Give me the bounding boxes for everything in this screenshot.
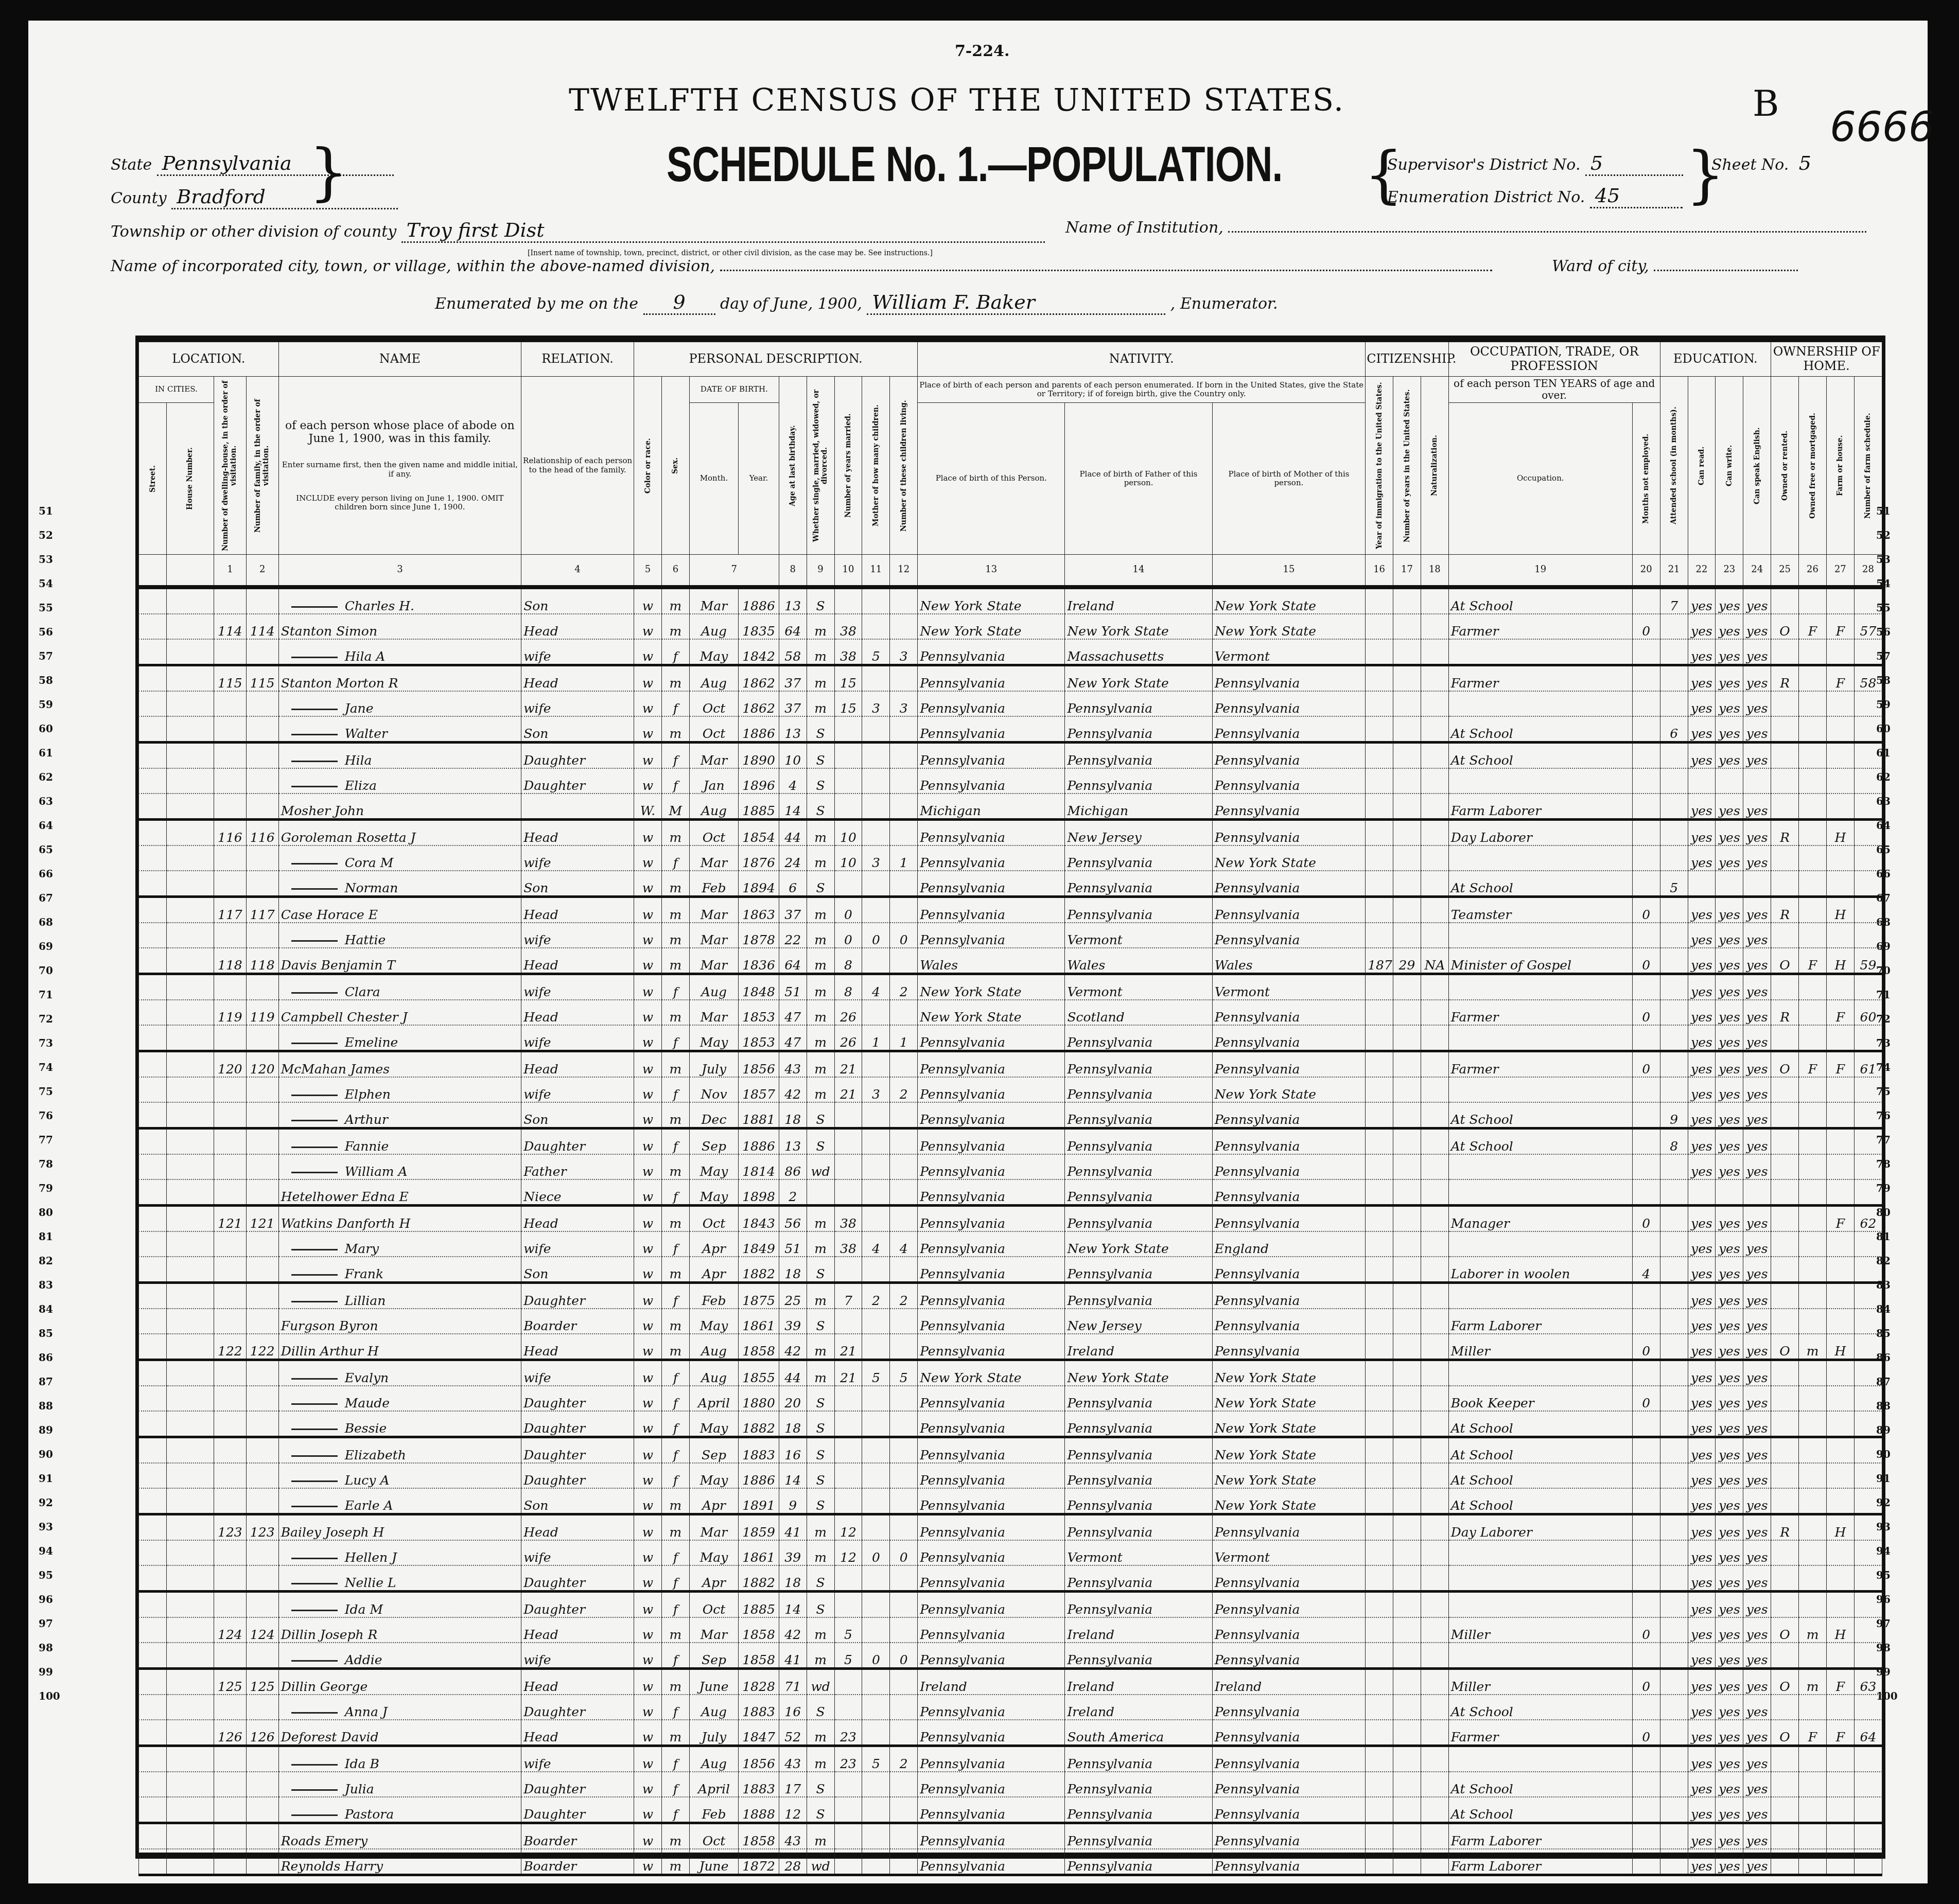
cl-cell: [890, 1488, 918, 1514]
bm-cell: New York State: [1212, 614, 1366, 639]
nat-cell: [1421, 974, 1448, 1000]
age-cell: 86: [779, 1154, 807, 1179]
mo-cell: [862, 1257, 890, 1283]
age-cell: 17: [779, 1772, 807, 1797]
month-cell: May: [689, 1179, 738, 1206]
month-cell: Feb: [689, 1283, 738, 1309]
fm-cell: [1799, 845, 1827, 871]
own-cell: O: [1771, 1334, 1799, 1360]
color-cell: w: [634, 1411, 662, 1437]
bp-cell: Pennsylvania: [918, 1154, 1065, 1179]
own-cell: [1771, 923, 1799, 948]
month-cell: Oct: [689, 691, 738, 716]
write-cell: yes: [1716, 1025, 1743, 1051]
eng-cell: yes: [1743, 614, 1771, 639]
given-name: Harry: [344, 1859, 383, 1874]
color-cell: w: [634, 716, 662, 743]
header-date-of-birth: DATE OF BIRTH.: [689, 377, 779, 403]
occ-cell: Laborer in woolen: [1448, 1257, 1632, 1283]
eng-cell: yes: [1743, 948, 1771, 974]
fm-cell: [1799, 1695, 1827, 1720]
house-number-cell: [166, 1206, 214, 1232]
house-number-cell: [166, 845, 214, 871]
table-row: 125125Dillin GeorgeHeadwmJune182871wdIre…: [139, 1669, 1882, 1695]
write-cell: yes: [1716, 691, 1743, 716]
own-cell: [1771, 1154, 1799, 1179]
table-row: EmelinewifewfMay185347m2611PennsylvaniaP…: [139, 1025, 1882, 1051]
nat-cell: [1421, 794, 1448, 820]
ms-cell: wd: [807, 1849, 834, 1875]
dw-cell: [214, 1437, 246, 1464]
read-cell: yes: [1688, 1051, 1716, 1078]
column-number: 6: [661, 555, 689, 588]
mo-cell: [862, 1669, 890, 1695]
unemp-cell: [1632, 845, 1660, 871]
cl-cell: [890, 1179, 918, 1206]
cl-cell: [890, 1720, 918, 1746]
rel-cell: Daughter: [521, 1129, 634, 1155]
imm-cell: [1366, 1411, 1393, 1437]
house-number-cell: [166, 1077, 214, 1102]
dw-cell: 114: [214, 614, 246, 639]
write-cell: yes: [1716, 1823, 1743, 1849]
street-cell: [139, 665, 167, 692]
column-number: 11: [862, 555, 890, 588]
sch-cell: [1660, 1283, 1688, 1309]
fam-cell: [246, 1231, 278, 1257]
own-cell: [1771, 1129, 1799, 1155]
own-cell: [1771, 974, 1799, 1000]
fh-cell: [1826, 1695, 1854, 1720]
unemp-cell: 0: [1632, 1720, 1660, 1746]
month-cell: Dec: [689, 1102, 738, 1129]
table-row: FrankSonwmApr188218SPennsylvaniaPennsylv…: [139, 1257, 1882, 1283]
line-number: 85: [39, 1321, 60, 1346]
header-sex: Sex.: [661, 377, 689, 555]
unemp-cell: [1632, 974, 1660, 1000]
mo-cell: [862, 1206, 890, 1232]
yus-cell: [1393, 1514, 1421, 1541]
ms-cell: m: [807, 1077, 834, 1102]
cl-cell: 0: [890, 1540, 918, 1565]
ym-cell: [834, 1102, 862, 1129]
line-number: 56: [39, 620, 60, 644]
imm-cell: [1366, 1565, 1393, 1592]
house-number-cell: [166, 1025, 214, 1051]
occ-cell: [1448, 1565, 1632, 1592]
ym-cell: 0: [834, 923, 862, 948]
name-cell: Frank: [278, 1257, 521, 1283]
bp-cell: Pennsylvania: [918, 1386, 1065, 1411]
ym-cell: 5: [834, 1617, 862, 1643]
ms-cell: m: [807, 1334, 834, 1360]
house-number-cell: [166, 691, 214, 716]
cl-cell: [890, 1257, 918, 1283]
column-number: 3: [278, 555, 521, 588]
given-name: Evalyn: [345, 1370, 389, 1385]
bm-cell: Pennsylvania: [1212, 1514, 1366, 1541]
street-cell: [139, 1720, 167, 1746]
house-number-cell: [166, 1154, 214, 1179]
occ-cell: [1448, 1592, 1632, 1618]
age-cell: 16: [779, 1695, 807, 1720]
month-cell: Aug: [689, 1360, 738, 1386]
age-cell: 56: [779, 1206, 807, 1232]
nat-cell: [1421, 691, 1448, 716]
unemp-cell: 0: [1632, 1334, 1660, 1360]
bf-cell: Ireland: [1065, 587, 1212, 614]
color-cell: w: [634, 1309, 662, 1334]
yus-cell: [1393, 1746, 1421, 1772]
name-cell: Furgson Byron: [278, 1309, 521, 1334]
fh-cell: [1826, 1411, 1854, 1437]
surname: Mosher: [281, 803, 330, 818]
institution-value: [1228, 231, 1866, 233]
yus-cell: [1393, 1283, 1421, 1309]
dw-cell: [214, 1309, 246, 1334]
own-cell: [1771, 1179, 1799, 1206]
fh-cell: [1826, 1565, 1854, 1592]
given-name: Norman: [345, 880, 398, 895]
sex-cell: M: [661, 794, 689, 820]
street-cell: [139, 923, 167, 948]
bm-cell: Pennsylvania: [1212, 768, 1366, 794]
ms-cell: S: [807, 1695, 834, 1720]
bm-cell: Pennsylvania: [1212, 794, 1366, 820]
cl-cell: [890, 1386, 918, 1411]
nat-cell: [1421, 1025, 1448, 1051]
month-cell: Sep: [689, 1437, 738, 1464]
dw-cell: [214, 1540, 246, 1565]
imm-cell: 1871: [1366, 948, 1393, 974]
imm-cell: [1366, 1669, 1393, 1695]
ditto-dash: [291, 863, 338, 865]
table-row: ElizaDaughterwfJan18964SPennsylvaniaPenn…: [139, 768, 1882, 794]
eng-cell: yes: [1743, 1154, 1771, 1179]
given-name: Rosetta J: [357, 830, 415, 845]
street-cell: [139, 1206, 167, 1232]
cl-cell: [890, 948, 918, 974]
given-name: Fannie: [345, 1139, 389, 1154]
yus-cell: [1393, 1617, 1421, 1643]
ms-cell: S: [807, 1257, 834, 1283]
ym-cell: [834, 1411, 862, 1437]
fm-cell: [1799, 1411, 1827, 1437]
read-cell: yes: [1688, 1592, 1716, 1618]
occ-cell: Farmer: [1448, 1720, 1632, 1746]
ms-cell: S: [807, 1592, 834, 1618]
ward-value: [1654, 270, 1798, 271]
rel-cell: Daughter: [521, 1386, 634, 1411]
name-cell: Emeline: [278, 1025, 521, 1051]
own-cell: [1771, 743, 1799, 769]
name-cell: Julia: [278, 1772, 521, 1797]
rel-cell: Head: [521, 1334, 634, 1360]
cl-cell: [890, 1051, 918, 1078]
eng-cell: yes: [1743, 1411, 1771, 1437]
age-cell: 47: [779, 1025, 807, 1051]
age-cell: 41: [779, 1643, 807, 1669]
eng-cell: yes: [1743, 1437, 1771, 1464]
house-number-cell: [166, 1797, 214, 1823]
mo-cell: [862, 1695, 890, 1720]
fs-cell: 64: [1854, 1720, 1882, 1746]
year-cell: 1882: [739, 1411, 779, 1437]
color-cell: w: [634, 691, 662, 716]
ym-cell: 8: [834, 974, 862, 1000]
unemp-cell: 4: [1632, 1257, 1660, 1283]
ym-cell: 8: [834, 948, 862, 974]
bp-cell: Pennsylvania: [918, 1746, 1065, 1772]
cl-cell: [890, 1797, 918, 1823]
sex-cell: m: [661, 1206, 689, 1232]
dw-cell: 123: [214, 1514, 246, 1541]
state-value: Pennsylvania: [157, 152, 394, 176]
own-cell: [1771, 1386, 1799, 1411]
column-number: 23: [1716, 555, 1743, 588]
header-occupation-label: Occupation.: [1448, 403, 1632, 555]
color-cell: w: [634, 768, 662, 794]
street-cell: [139, 1077, 167, 1102]
year-cell: 1882: [739, 1257, 779, 1283]
age-cell: 47: [779, 1000, 807, 1025]
line-number: 70: [39, 959, 60, 983]
year-cell: 1886: [739, 587, 779, 614]
header-citizenship: CITIZENSHIP.: [1366, 342, 1449, 377]
given-name: Mary: [345, 1241, 379, 1256]
cl-cell: 3: [890, 691, 918, 716]
fh-cell: [1826, 1849, 1854, 1875]
occ-cell: Book Keeper: [1448, 1386, 1632, 1411]
read-cell: yes: [1688, 1720, 1716, 1746]
ms-cell: S: [807, 1797, 834, 1823]
street-cell: [139, 1437, 167, 1464]
yus-cell: [1393, 1051, 1421, 1078]
write-cell: yes: [1716, 716, 1743, 743]
mo-cell: 0: [862, 923, 890, 948]
imm-cell: [1366, 820, 1393, 846]
ym-cell: [834, 587, 862, 614]
fh-cell: [1826, 1386, 1854, 1411]
nat-cell: [1421, 1669, 1448, 1695]
house-number-cell: [166, 1231, 214, 1257]
enumerated-day: 9: [643, 291, 715, 315]
occ-cell: [1448, 1025, 1632, 1051]
ym-cell: [834, 1823, 862, 1849]
ym-cell: [834, 1565, 862, 1592]
ym-cell: 26: [834, 1000, 862, 1025]
write-cell: yes: [1716, 1746, 1743, 1772]
fam-cell: [246, 1592, 278, 1618]
mo-cell: [862, 1102, 890, 1129]
bm-cell: Pennsylvania: [1212, 1617, 1366, 1643]
eng-cell: yes: [1743, 1309, 1771, 1334]
ms-cell: S: [807, 871, 834, 897]
imm-cell: [1366, 1257, 1393, 1283]
fs-cell: [1854, 639, 1882, 665]
cl-cell: [890, 1334, 918, 1360]
cl-cell: 3: [890, 639, 918, 665]
bf-cell: Vermont: [1065, 974, 1212, 1000]
bf-cell: Ireland: [1065, 1617, 1212, 1643]
line-number: 96: [39, 1588, 60, 1612]
fm-cell: [1799, 1025, 1827, 1051]
dw-cell: 125: [214, 1669, 246, 1695]
yus-cell: [1393, 1823, 1421, 1849]
line-number: 79: [39, 1176, 60, 1201]
line-number: 91: [39, 1467, 60, 1491]
given-name: Ida M: [345, 1602, 383, 1617]
column-number: 26: [1799, 555, 1827, 588]
sch-cell: [1660, 1617, 1688, 1643]
given-name: Elizabeth: [345, 1448, 406, 1462]
dw-cell: [214, 1643, 246, 1669]
bm-cell: New York State: [1212, 1488, 1366, 1514]
bf-cell: Pennsylvania: [1065, 1746, 1212, 1772]
color-cell: w: [634, 1695, 662, 1720]
fm-cell: [1799, 1540, 1827, 1565]
year-cell: 1885: [739, 1592, 779, 1618]
sex-cell: m: [661, 1257, 689, 1283]
name-cell: Bailey Joseph H: [278, 1514, 521, 1541]
age-cell: 52: [779, 1720, 807, 1746]
rel-cell: Son: [521, 587, 634, 614]
dw-cell: [214, 1283, 246, 1309]
ym-cell: 21: [834, 1051, 862, 1078]
bf-cell: Pennsylvania: [1065, 1797, 1212, 1823]
sch-cell: [1660, 1231, 1688, 1257]
eng-cell: yes: [1743, 1231, 1771, 1257]
occ-cell: Miller: [1448, 1669, 1632, 1695]
imm-cell: [1366, 665, 1393, 692]
yus-cell: 29: [1393, 948, 1421, 974]
dw-cell: [214, 587, 246, 614]
age-cell: 18: [779, 1411, 807, 1437]
year-cell: 1888: [739, 1797, 779, 1823]
color-cell: w: [634, 1592, 662, 1618]
institution-field: Name of Institution,: [1065, 219, 1866, 237]
yus-cell: [1393, 1102, 1421, 1129]
year-cell: 1858: [739, 1823, 779, 1849]
sex-cell: m: [661, 1051, 689, 1078]
write-cell: yes: [1716, 1051, 1743, 1078]
bf-cell: Pennsylvania: [1065, 1051, 1212, 1078]
mo-cell: [862, 1849, 890, 1875]
table-row: Ida MDaughterwfOct188514SPennsylvaniaPen…: [139, 1592, 1882, 1618]
month-cell: Oct: [689, 1592, 738, 1618]
name-cell: Davis Benjamin T: [278, 948, 521, 974]
color-cell: W.: [634, 794, 662, 820]
ms-cell: wd: [807, 1669, 834, 1695]
bm-cell: Vermont: [1212, 1540, 1366, 1565]
given-name: Morton R: [336, 676, 398, 691]
street-cell: [139, 1102, 167, 1129]
mo-cell: 5: [862, 1360, 890, 1386]
ym-cell: [834, 1695, 862, 1720]
header-attended-school: Attended school (in months).: [1660, 377, 1688, 555]
age-cell: 44: [779, 1360, 807, 1386]
name-cell: Nellie L: [278, 1565, 521, 1592]
house-number-cell: [166, 923, 214, 948]
fh-cell: [1826, 845, 1854, 871]
name-cell: Ida M: [278, 1592, 521, 1618]
fam-cell: [246, 743, 278, 769]
unemp-cell: [1632, 1463, 1660, 1488]
table-row: ArthurSonwmDec188118SPennsylvaniaPennsyl…: [139, 1102, 1882, 1129]
fm-cell: [1799, 1514, 1827, 1541]
name-cell: Clara: [278, 974, 521, 1000]
read-cell: yes: [1688, 948, 1716, 974]
age-cell: 13: [779, 716, 807, 743]
occ-cell: Teamster: [1448, 897, 1632, 923]
sex-cell: m: [661, 1309, 689, 1334]
surname: Dillin: [281, 1627, 316, 1642]
age-cell: 2: [779, 1179, 807, 1206]
column-number: 10: [834, 555, 862, 588]
nat-cell: [1421, 897, 1448, 923]
ms-cell: m: [807, 1746, 834, 1772]
color-cell: w: [634, 1206, 662, 1232]
unemp-cell: [1632, 1514, 1660, 1541]
bp-cell: Ireland: [918, 1669, 1065, 1695]
imm-cell: [1366, 639, 1393, 665]
color-cell: w: [634, 820, 662, 846]
line-number: 92: [39, 1491, 60, 1515]
unemp-cell: [1632, 923, 1660, 948]
bp-cell: Pennsylvania: [918, 1283, 1065, 1309]
rel-cell: wife: [521, 923, 634, 948]
fm-cell: [1799, 1823, 1827, 1849]
occ-cell: Farm Laborer: [1448, 1823, 1632, 1849]
imm-cell: [1366, 1772, 1393, 1797]
ms-cell: m: [807, 639, 834, 665]
fm-cell: [1799, 1000, 1827, 1025]
name-cell: Maude: [278, 1386, 521, 1411]
house-number-cell: [166, 1849, 214, 1875]
fm-cell: F: [1799, 948, 1827, 974]
column-number: 1: [214, 555, 246, 588]
fh-cell: [1826, 1231, 1854, 1257]
house-number-cell: [166, 1720, 214, 1746]
bp-cell: Pennsylvania: [918, 665, 1065, 692]
header-relation-desc: Relationship of each person to the head …: [521, 377, 634, 555]
ym-cell: 21: [834, 1360, 862, 1386]
given-name: John: [335, 803, 364, 818]
table-row: Charles H.SonwmMar188613SNew York StateI…: [139, 587, 1882, 614]
given-name: Arthur H: [320, 1344, 379, 1359]
imm-cell: [1366, 1746, 1393, 1772]
sex-cell: m: [661, 1102, 689, 1129]
rel-cell: Head: [521, 1206, 634, 1232]
unemp-cell: [1632, 665, 1660, 692]
month-cell: May: [689, 1411, 738, 1437]
ym-cell: [834, 1129, 862, 1155]
mo-cell: [862, 1592, 890, 1618]
bm-cell: Pennsylvania: [1212, 1051, 1366, 1078]
ym-cell: 7: [834, 1283, 862, 1309]
bm-cell: Pennsylvania: [1212, 1643, 1366, 1669]
fam-cell: 122: [246, 1334, 278, 1360]
ms-cell: m: [807, 1283, 834, 1309]
name-cell: Hila: [278, 743, 521, 769]
fam-cell: [246, 1540, 278, 1565]
yus-cell: [1393, 1695, 1421, 1720]
nat-cell: [1421, 1411, 1448, 1437]
line-number: 97: [39, 1612, 60, 1636]
institution-label: Name of Institution,: [1065, 219, 1223, 237]
rel-cell: Father: [521, 1154, 634, 1179]
month-cell: Aug: [689, 1695, 738, 1720]
